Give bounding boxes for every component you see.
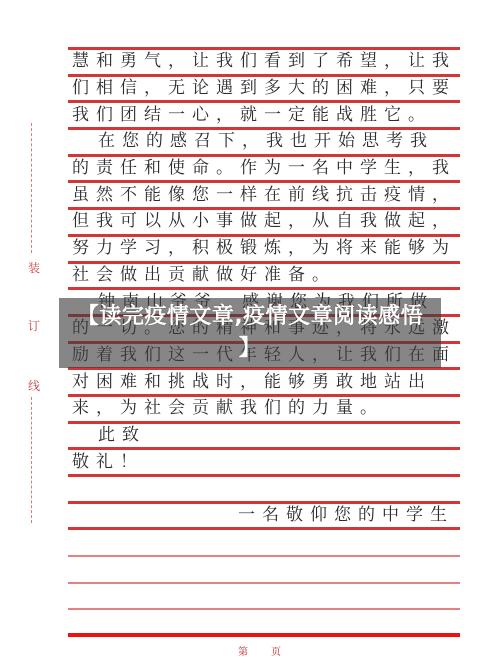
letter-row: 社会做出贡献做好准备。 [68,264,460,291]
letter-row: 努力学习，积极锻炼，为将来能够为 [68,237,460,264]
letter-row-text: 慧和勇气，让我们看到了希望，让我 [72,53,456,70]
letter-row-text: 努力学习，积极锻炼，为将来能够为 [72,240,456,257]
letter-row [68,584,460,611]
page-footer-suffix: 页 [271,647,281,659]
binding-dotted-line-top [31,123,32,253]
letter-row-text: 来，为社会贡献我们的力量。 [72,400,384,417]
letter-row-text: 但我可以从小事做起，从自我做起， [72,213,456,230]
letter-row: 但我可以从小事做起，从自我做起， [68,210,460,237]
binding-strip-char: 装 [26,261,42,275]
letter-row: 此致 [68,424,460,451]
letter-row-text: 一名敬仰您的中学生 [238,507,454,524]
caption-overlay: 【读完疫情文章,疫情文章阅读感悟 】 [59,298,441,368]
letter-row [68,610,460,637]
letter-row-text: 此致 [98,427,146,444]
letter-row: 在您的感召下，我也开始思考我 [68,130,460,157]
letter-row-text: 社会做出贡献做好准备。 [72,267,336,284]
letter-row-text: 敬礼！ [72,454,144,471]
letter-row: 来，为社会贡献我们的力量。 [68,397,460,424]
page-footer-prefix: 第 [238,647,248,659]
letter-row: 的责任和使命。作为一名中学生，我 [68,157,460,184]
binding-dotted-line-bottom [31,397,32,523]
letter-row: 们相信，无论遇到多大的困难，只要 [68,77,460,104]
letter-row: 敬礼！ [68,450,460,477]
letter-row-text: 的责任和使命。作为一名中学生，我 [72,160,456,177]
page-footer: 第 页 [238,647,281,659]
letter-row [68,557,460,584]
caption-title-line1: 【读完疫情文章,疫情文章阅读感悟 [77,301,423,333]
letter-row: 虽然不能像您一样在前线抗击疫情， [68,183,460,210]
caption-title-line2: 】 [239,333,262,365]
letter-row-text: 在您的感召下，我也开始思考我 [98,133,434,150]
letter-row-text: 对困难和挑战时，能够勇敢地站出 [72,374,432,391]
binding-strip-char: 订 [26,319,42,333]
letter-row [68,530,460,557]
binding-strip-char: 线 [26,379,42,393]
letter-row-text: 我们团结一心，就一定能战胜它。 [72,107,432,124]
letter-row [68,477,460,504]
binding-strip: 装订线 [0,0,60,668]
letter-row: 一名敬仰您的中学生 [68,504,460,531]
letter-row: 慧和勇气，让我们看到了希望，让我 [68,50,460,77]
letter-row: 对困难和挑战时，能够勇敢地站出 [68,370,460,397]
letter-row-text: 们相信，无论遇到多大的困难，只要 [72,80,456,97]
letter-row: 我们团结一心，就一定能战胜它。 [68,103,460,130]
letter-row-text: 虽然不能像您一样在前线抗击疫情， [72,187,456,204]
letter-page: 装订线 慧和勇气，让我们看到了希望，让我们相信，无论遇到多大的困难，只要我们团结… [0,0,500,668]
